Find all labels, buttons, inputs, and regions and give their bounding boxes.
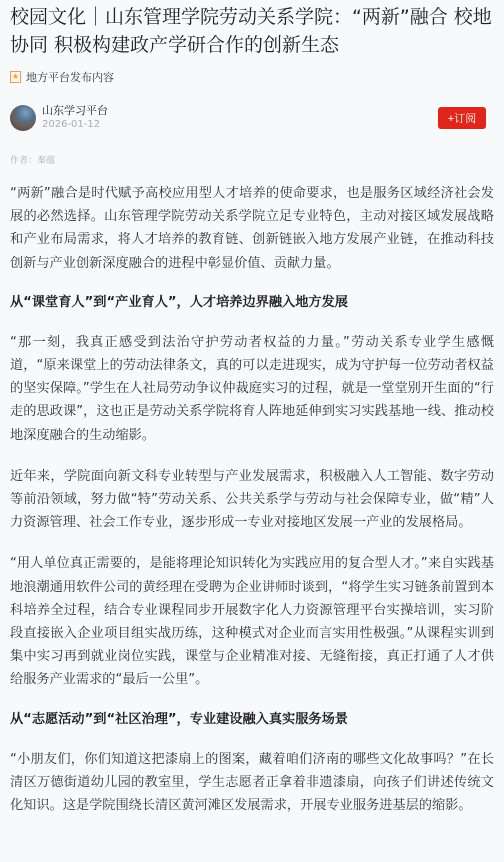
source-tag: ★ 地方平台发布内容 (10, 69, 494, 85)
paragraph: “那一刻，我真正感受到法治守护劳动者权益的力量。”劳动关系专业学生感慨道，“原来… (10, 331, 494, 447)
publisher-avatar[interactable] (10, 105, 36, 131)
source-tag-label: 地方平台发布内容 (26, 69, 114, 85)
section-heading: 从“课堂育人”到“产业育人”，人才培养边界融入地方发展 (10, 293, 494, 313)
publish-date: 2026-01-12 (42, 118, 108, 132)
paragraph: 近年来，学院面向新文科专业转型与产业发展需求，积极融入人工智能、数字劳动等前沿领… (10, 465, 494, 535)
article-title: 校园文化｜山东管理学院劳动关系学院：“两新”融合 校地协同 积极构建政产学研合作… (10, 2, 494, 59)
publisher-meta: 山东学习平台 2026-01-12 (42, 104, 108, 132)
article-body: “两新”融合是时代赋予高校应用型人才培养的使命要求，也是服务区域经济社会发展的必… (10, 182, 494, 817)
paragraph: “小朋友们，你们知道这把漆扇上的图案，藏着咱们济南的哪些文化故事吗？”在长清区万… (10, 748, 494, 818)
section-heading: 从“志愿活动”到“社区治理”，专业建设融入真实服务场景 (10, 710, 494, 730)
publisher-name[interactable]: 山东学习平台 (42, 104, 108, 118)
star-bookmark-icon: ★ (10, 71, 21, 83)
article-page: 校园文化｜山东管理学院劳动关系学院：“两新”融合 校地协同 积极构建政产学研合作… (0, 2, 504, 817)
paragraph: “用人单位真正需要的，是能将理论知识转化为实践应用的复合型人才。”来自实践基地浪… (10, 552, 494, 691)
paragraph: “两新”融合是时代赋予高校应用型人才培养的使命要求，也是服务区域经济社会发展的必… (10, 182, 494, 275)
author-byline: 作者：秦蕴 (10, 153, 494, 167)
publisher-row: 山东学习平台 2026-01-12 +订阅 (10, 103, 494, 133)
subscribe-button[interactable]: +订阅 (438, 107, 486, 129)
